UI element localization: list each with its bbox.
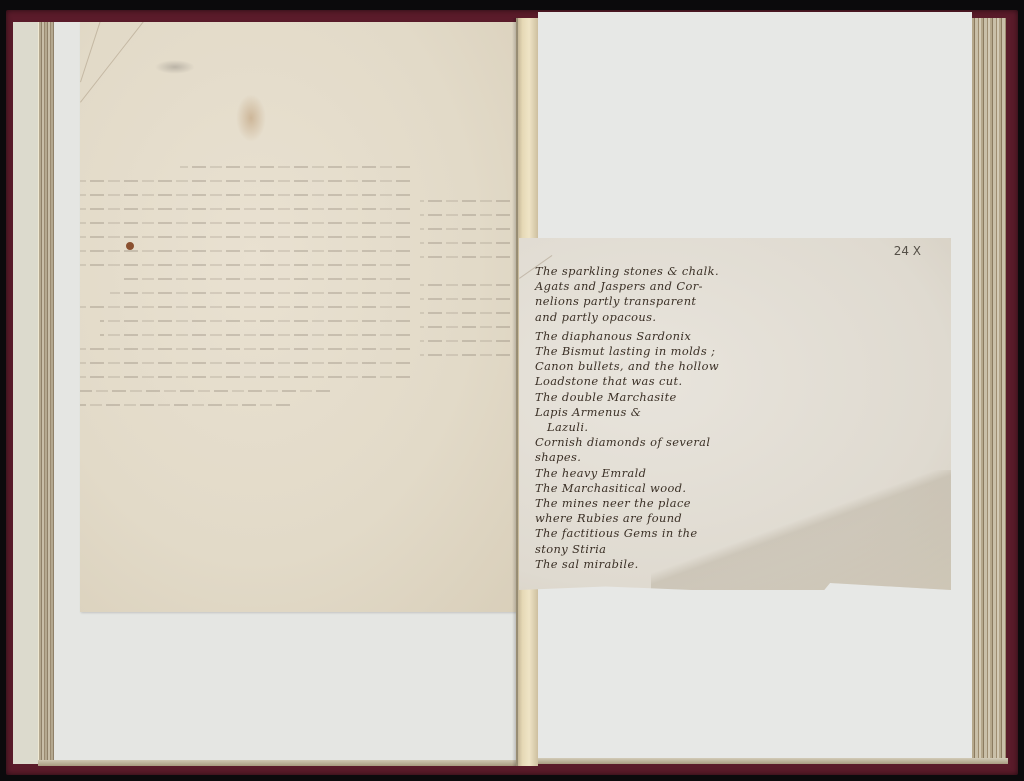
left-bottom-page-edges [38,760,518,766]
bleed-through-marginalia [420,192,510,392]
manuscript-line: The diaphanous Sardonix [535,329,719,344]
manuscript-line: Canon bullets, and the hollow [535,359,719,374]
manuscript-line: Lapis Armenus & [535,405,719,420]
left-page-edges [38,22,55,764]
right-bottom-page-edges [538,758,1008,764]
right-manuscript-sheet: 24 X The sparkling stones & chalk. Agats… [519,238,951,590]
paper-crease [80,22,149,103]
left-endpaper [13,22,39,764]
manuscript-line: nelions partly transparent [535,294,719,309]
smudge [155,60,195,74]
manuscript-line: The Bismut lasting in molds ; [535,344,719,359]
manuscript-line: where Rubies are found [535,511,719,526]
manuscript-text: The sparkling stones & chalk. Agats and … [535,264,719,572]
paper-crease [80,22,103,82]
bleed-through-text-main [80,162,410,422]
manuscript-line: The factitious Gems in the [535,526,719,541]
manuscript-line: shapes. [535,450,719,465]
left-manuscript-sheet [80,22,516,612]
manuscript-line: The sal mirabile. [535,557,719,572]
manuscript-line: The Marchasitical wood. [535,481,719,496]
manuscript-line: The sparkling stones & chalk. [535,264,719,279]
manuscript-line: The heavy Emrald [535,466,719,481]
folio-number: 24 X [894,244,921,258]
manuscript-line: Loadstone that was cut. [535,374,719,389]
manuscript-line: Cornish diamonds of several [535,435,719,450]
manuscript-line: The double Marchasite [535,390,719,405]
right-page-edges [972,18,1006,760]
gutter-shadow [512,18,518,766]
water-stain [236,94,266,142]
manuscript-line: and partly opacous. [535,310,719,325]
manuscript-line: stony Stiria [535,542,719,557]
manuscript-line: The mines neer the place [535,496,719,511]
manuscript-line: Agats and Jaspers and Cor- [535,279,719,294]
manuscript-line: Lazuli. [535,420,719,435]
